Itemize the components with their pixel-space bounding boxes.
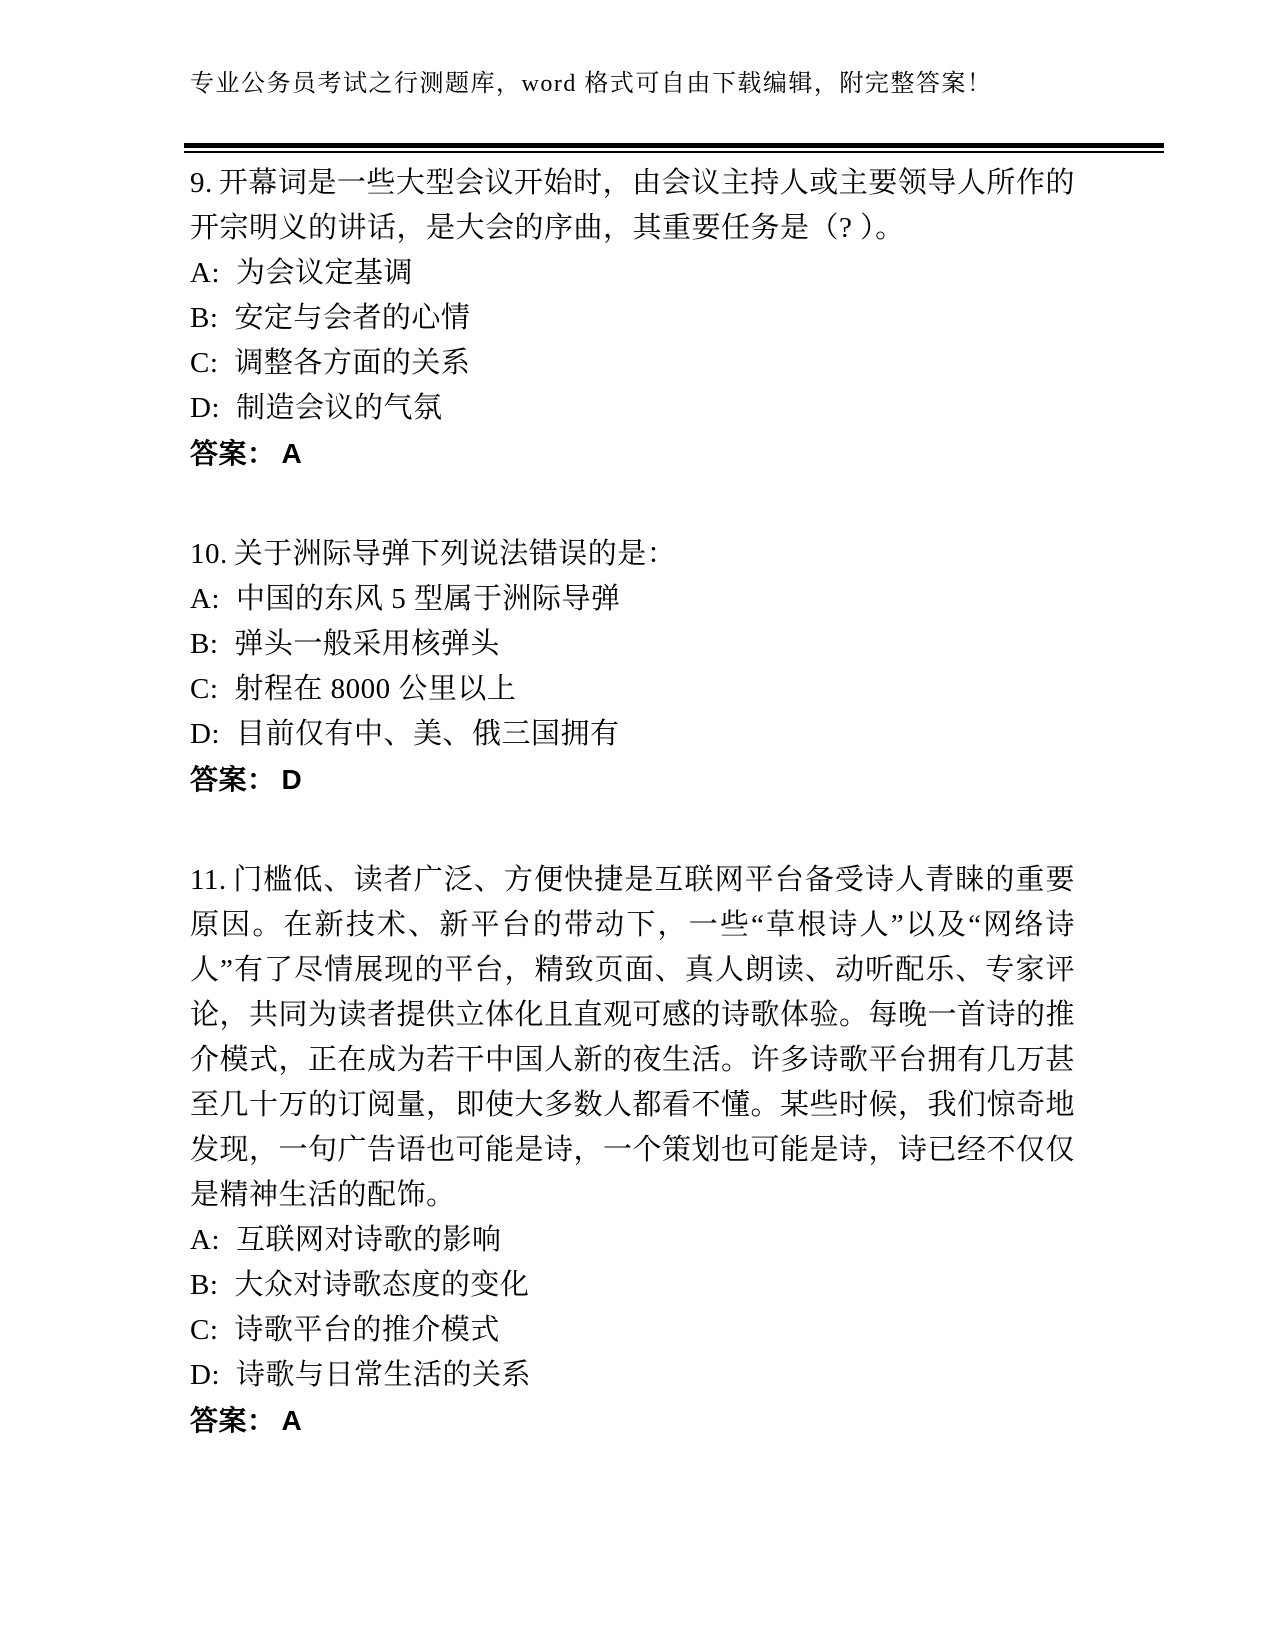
option-label: B: bbox=[190, 1269, 218, 1301]
question-stem: 11.门槛低、读者广泛、方便快捷是互联网平台备受诗人青睐的重要原因。在新技术、新… bbox=[190, 858, 1075, 1218]
option-label: B: bbox=[190, 302, 218, 334]
option-text: 诗歌与日常生活的关系 bbox=[236, 1359, 531, 1391]
question-block-10: 10.关于洲际导弹下列说法错误的是： A:中国的东风 5 型属于洲际导弹 B:弹… bbox=[190, 532, 1075, 802]
answer-label: 答案： bbox=[190, 1405, 276, 1436]
option-label: A: bbox=[190, 257, 220, 289]
option-text: 目前仅有中、美、俄三国拥有 bbox=[236, 718, 620, 750]
header-divider-rule bbox=[184, 143, 1164, 153]
option-row-d: D:目前仅有中、美、俄三国拥有 bbox=[190, 712, 1075, 757]
answer-row: 答案：A bbox=[190, 1398, 1075, 1443]
option-row-b: B:安定与会者的心情 bbox=[190, 296, 1075, 341]
option-label: C: bbox=[190, 347, 218, 379]
option-text: 弹头一般采用核弹头 bbox=[234, 628, 500, 660]
question-block-11: 11.门槛低、读者广泛、方便快捷是互联网平台备受诗人青睐的重要原因。在新技术、新… bbox=[190, 858, 1075, 1443]
questions-area: 9.开幕词是一些大型会议开始时，由会议主持人或主要领导人所作的开宗明义的讲话，是… bbox=[190, 161, 1075, 1443]
option-label: C: bbox=[190, 673, 218, 705]
option-text: 为会议定基调 bbox=[236, 257, 413, 289]
option-text: 诗歌平台的推介模式 bbox=[234, 1314, 500, 1346]
option-text: 互联网对诗歌的影响 bbox=[236, 1224, 502, 1256]
question-number: 10. bbox=[190, 538, 228, 570]
option-row-b: B:大众对诗歌态度的变化 bbox=[190, 1263, 1075, 1308]
option-label: C: bbox=[190, 1314, 218, 1346]
option-label: A: bbox=[190, 1224, 220, 1256]
question-number: 11. bbox=[190, 864, 227, 896]
question-block-9: 9.开幕词是一些大型会议开始时，由会议主持人或主要领导人所作的开宗明义的讲话，是… bbox=[190, 161, 1075, 476]
option-label: B: bbox=[190, 628, 218, 660]
option-text: 中国的东风 5 型属于洲际导弹 bbox=[236, 583, 621, 615]
question-stem: 10.关于洲际导弹下列说法错误的是： bbox=[190, 532, 1075, 577]
header-title: 专业公务员考试之行测题库，word 格式可自由下载编辑，附完整答案！ bbox=[0, 0, 1275, 97]
option-label: D: bbox=[190, 392, 220, 424]
option-text: 射程在 8000 公里以上 bbox=[234, 673, 516, 705]
option-row-d: D:诗歌与日常生活的关系 bbox=[190, 1353, 1075, 1398]
page-header: 专业公务员考试之行测题库，word 格式可自由下载编辑，附完整答案！ bbox=[0, 0, 1275, 153]
answer-value: D bbox=[282, 764, 303, 795]
question-stem: 9.开幕词是一些大型会议开始时，由会议主持人或主要领导人所作的开宗明义的讲话，是… bbox=[190, 161, 1075, 251]
question-number: 9. bbox=[190, 167, 213, 199]
question-text: 开幕词是一些大型会议开始时，由会议主持人或主要领导人所作的开宗明义的讲话，是大会… bbox=[190, 167, 1075, 244]
answer-label: 答案： bbox=[190, 764, 276, 795]
question-text: 门槛低、读者广泛、方便快捷是互联网平台备受诗人青睐的重要原因。在新技术、新平台的… bbox=[190, 864, 1075, 1211]
answer-row: 答案：D bbox=[190, 757, 1075, 802]
option-row-b: B:弹头一般采用核弹头 bbox=[190, 622, 1075, 667]
option-label: D: bbox=[190, 1359, 220, 1391]
option-label: A: bbox=[190, 583, 220, 615]
option-row-c: C:调整各方面的关系 bbox=[190, 341, 1075, 386]
option-text: 调整各方面的关系 bbox=[234, 347, 470, 379]
option-text: 制造会议的气氛 bbox=[236, 392, 443, 424]
answer-value: A bbox=[282, 1405, 303, 1436]
option-row-d: D:制造会议的气氛 bbox=[190, 386, 1075, 431]
option-text: 大众对诗歌态度的变化 bbox=[234, 1269, 529, 1301]
answer-label: 答案： bbox=[190, 438, 276, 469]
option-row-c: C:射程在 8000 公里以上 bbox=[190, 667, 1075, 712]
option-row-c: C:诗歌平台的推介模式 bbox=[190, 1308, 1075, 1353]
answer-value: A bbox=[282, 438, 303, 469]
option-row-a: A:为会议定基调 bbox=[190, 251, 1075, 296]
option-label: D: bbox=[190, 718, 220, 750]
option-row-a: A:互联网对诗歌的影响 bbox=[190, 1218, 1075, 1263]
document-page: 专业公务员考试之行测题库，word 格式可自由下载编辑，附完整答案！ 9.开幕词… bbox=[0, 0, 1275, 1650]
option-row-a: A:中国的东风 5 型属于洲际导弹 bbox=[190, 577, 1075, 622]
answer-row: 答案：A bbox=[190, 431, 1075, 476]
question-text: 关于洲际导弹下列说法错误的是： bbox=[234, 538, 677, 570]
option-text: 安定与会者的心情 bbox=[234, 302, 470, 334]
